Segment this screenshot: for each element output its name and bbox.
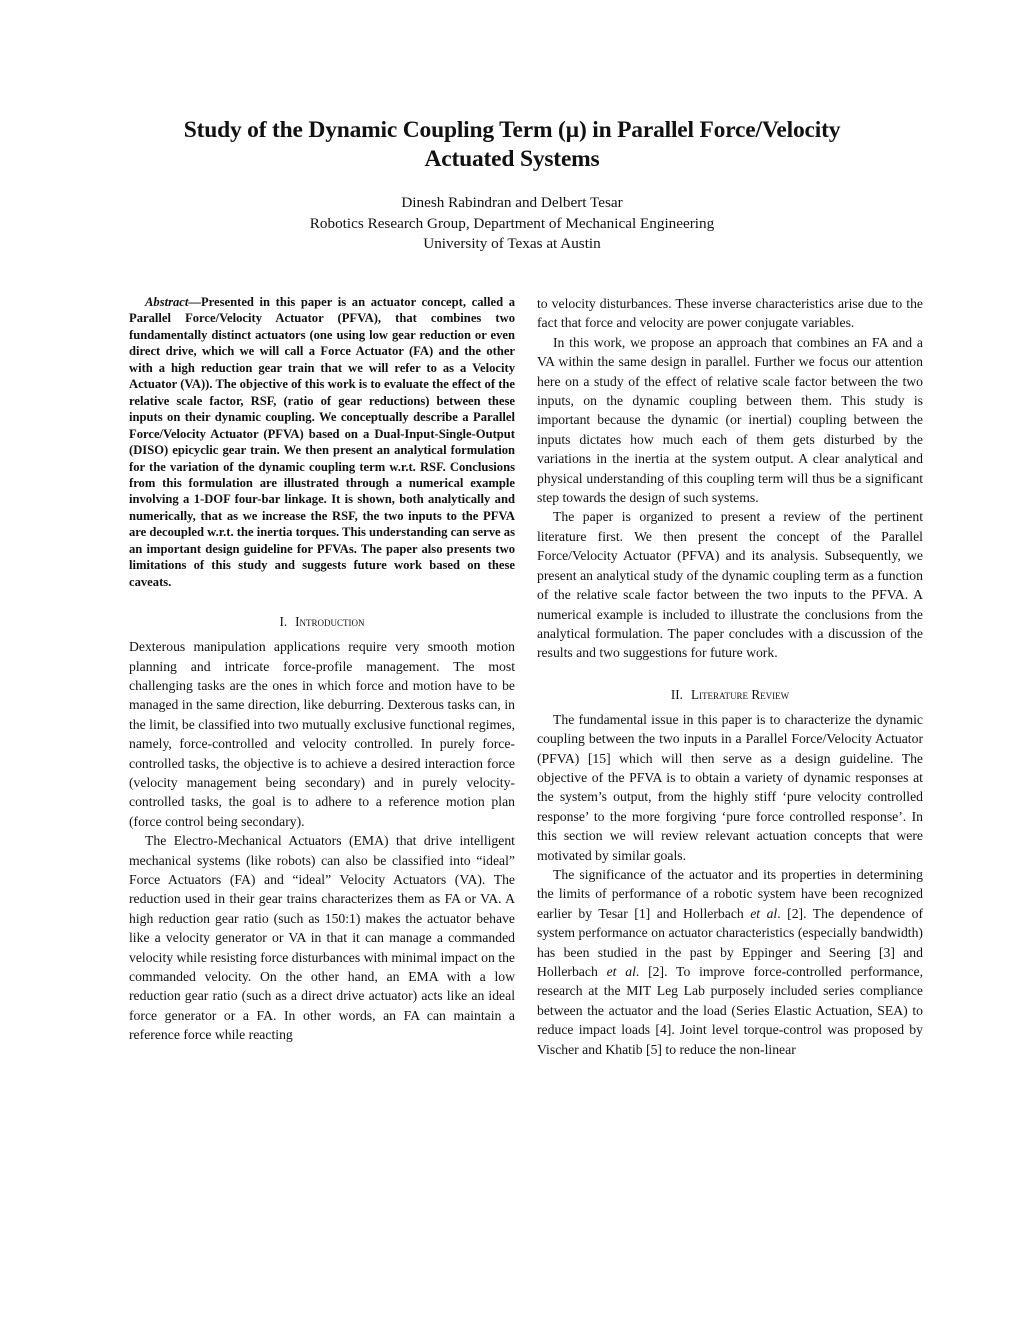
section-title: Literature Review xyxy=(691,687,789,702)
paper-title: Study of the Dynamic Coupling Term (µ) i… xyxy=(0,116,1024,174)
affiliation-1: Robotics Research Group, Department of M… xyxy=(0,214,1024,235)
section-title: Introduction xyxy=(295,614,364,629)
et-al: et al xyxy=(607,964,636,979)
intro-paragraph-4: The paper is organized to present a revi… xyxy=(537,507,923,662)
authors: Dinesh Rabindran and Delbert Tesar xyxy=(0,193,1024,214)
left-column: Abstract—Presented in this paper is an a… xyxy=(129,294,515,1045)
section-number: II. xyxy=(671,687,683,702)
abstract-text: Presented in this paper is an actuator c… xyxy=(129,295,515,589)
lit-paragraph-2: The significance of the actuator and its… xyxy=(537,865,923,1059)
abstract: Abstract—Presented in this paper is an a… xyxy=(129,294,515,590)
et-al: et al xyxy=(750,906,777,921)
intro-paragraph-2: The Electro-Mechanical Actuators (EMA) t… xyxy=(129,831,515,1044)
abstract-dash: — xyxy=(188,295,201,309)
lit-paragraph-1: The fundamental issue in this paper is t… xyxy=(537,710,923,865)
intro-paragraph-2-continued: to velocity disturbances. These inverse … xyxy=(537,294,923,333)
intro-paragraph-1: Dexterous manipulation applications requ… xyxy=(129,637,515,831)
section-heading-introduction: I.Introduction xyxy=(129,612,515,631)
title-line-1: Study of the Dynamic Coupling Term (µ) i… xyxy=(0,116,1024,145)
author-block: Dinesh Rabindran and Delbert Tesar Robot… xyxy=(0,193,1024,255)
right-column: to velocity disturbances. These inverse … xyxy=(537,294,923,1059)
intro-paragraph-3: In this work, we propose an approach tha… xyxy=(537,333,923,508)
affiliation-2: University of Texas at Austin xyxy=(0,234,1024,255)
section-number: I. xyxy=(279,614,287,629)
title-line-2: Actuated Systems xyxy=(0,145,1024,174)
section-heading-literature-review: II.Literature Review xyxy=(537,685,923,704)
abstract-label: Abstract xyxy=(145,295,188,309)
